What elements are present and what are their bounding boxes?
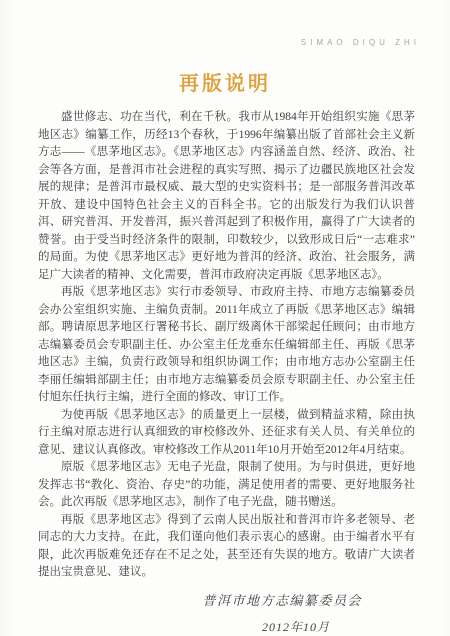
paragraph-3: 为使再版《思茅地区志》的质量更上一层楼，做到精益求精，除由执行主编对原志进行认真… [38,407,415,460]
paragraph-5: 再版《思茅地区志》得到了云南人民出版社和普洱市许多老领导、老同志的大力支持。在此… [38,512,415,582]
date: 2012年10月 [262,618,330,635]
paragraph-4: 原版《思茅地区志》无电子光盘，限制了使用。为与时俱进，更好地发挥志书“教化、资治… [38,459,415,512]
paragraph-1: 盛世修志、功在当代，利在千秋。我市从1984年开始组织实施《思茅地区志》编纂工作… [38,109,415,284]
paragraph-2: 再版《思茅地区志》实行市委领导、市政府主持、市地方志编纂委员会办公室组织实施、主… [38,284,415,407]
book-page: SIMAO DIQU ZHI 再版说明 盛世修志、功在当代，利在千秋。我市从19… [0,0,450,636]
document-body: 盛世修志、功在当代，利在千秋。我市从1984年开始组织实施《思茅地区志》编纂工作… [38,109,415,582]
signature: 普洱市地方志编纂委员会 [202,590,362,609]
page-title: 再版说明 [0,67,450,96]
running-header: SIMAO DIQU ZHI [0,0,450,47]
signature-block: 普洱市地方志编纂委员会 2012年10月 [0,590,450,635]
